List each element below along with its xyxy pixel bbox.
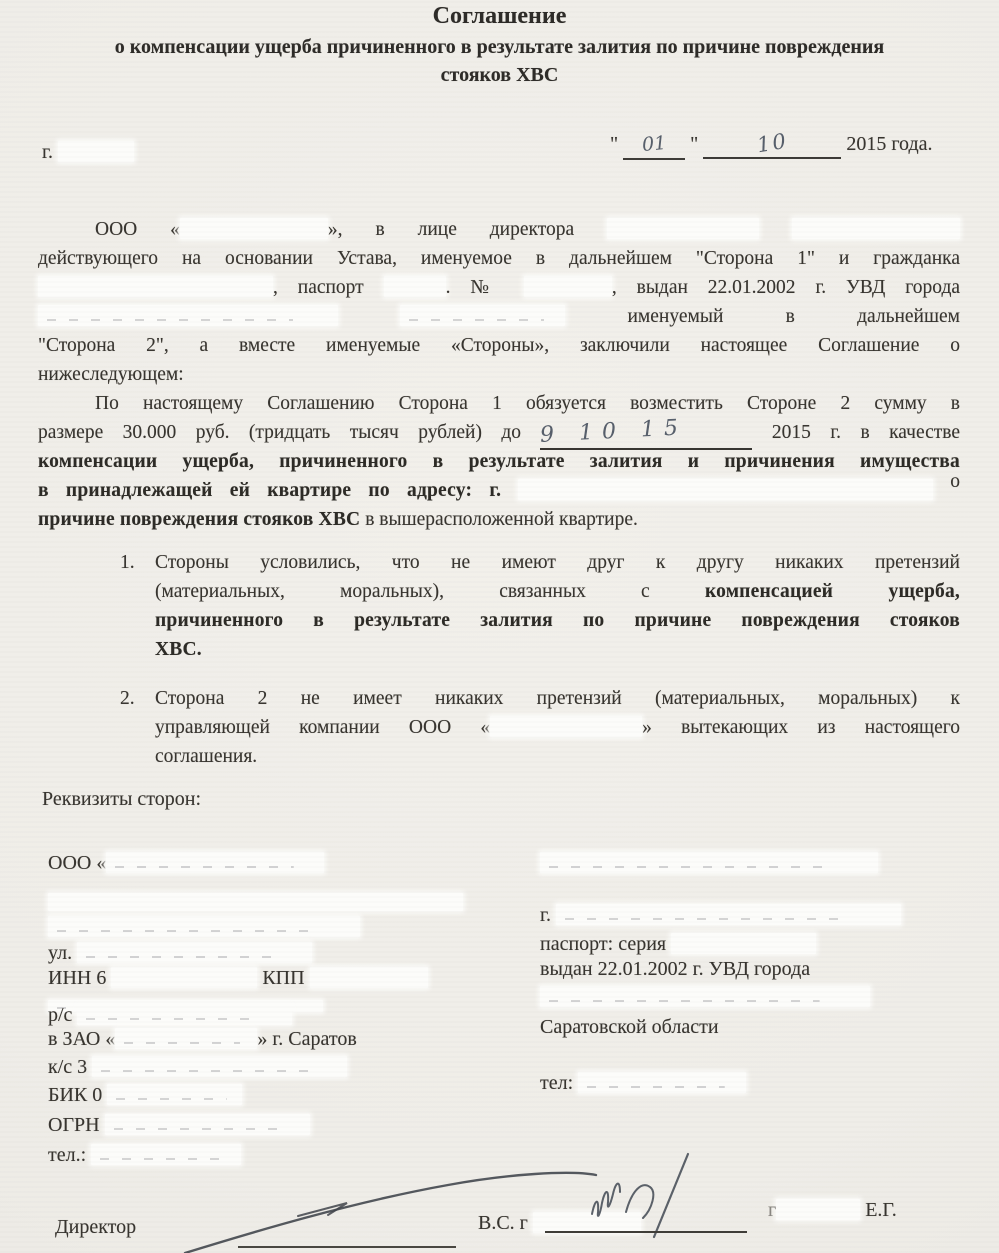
body-text-bold: ХВС.: [155, 639, 202, 660]
body-text: , паспорт: [273, 277, 364, 298]
paragraph-line: нижеследующем:: [38, 360, 960, 389]
paragraph-line: действующего на основании Устава, именуе…: [38, 244, 960, 273]
body-text: в вышерасположенной квартире.: [365, 509, 638, 530]
body-text-bold: компенсацией ущерба,: [705, 581, 960, 602]
body-text: в ЗАО «: [48, 1028, 115, 1050]
city-line: г.: [42, 141, 134, 164]
paragraph-line: компенсации ущерба, причиненного в резул…: [38, 447, 960, 476]
date-year: 2015 года.: [846, 133, 932, 155]
paragraph-line: (материальных, моральных), связанных с к…: [155, 577, 960, 606]
document-subtitle: о компенсации ущерба причиненного в резу…: [28, 33, 971, 89]
signature-underline-right: [545, 1231, 747, 1233]
requisite-line: ул.: [48, 942, 312, 965]
paragraph-line: ООО «», в лице директора: [38, 215, 960, 244]
redaction-box: [58, 141, 134, 162]
redaction-box: [92, 1056, 347, 1077]
redaction-box: [518, 479, 933, 500]
party2-signature-stroke: [562, 1150, 772, 1242]
body-text: управляющей компании ООО «: [155, 717, 490, 738]
signature-underline-left: [238, 1246, 456, 1248]
body-text: соглашения.: [155, 746, 257, 767]
body-text: тел.:: [48, 1144, 86, 1166]
body-text: выдан 22.01.2002 г. УВД города: [540, 958, 810, 980]
requisite-line: Саратовской области: [540, 1016, 719, 1039]
body-text: По настоящему Соглашению Сторона 1 обязу…: [95, 393, 960, 414]
requisites-right-column: г. паспорт: серия выдан 22.01.2002 г. УВ…: [540, 840, 970, 1180]
director-signature-stroke: [148, 1158, 608, 1253]
requisite-line: ООО «: [48, 852, 324, 875]
paragraph-line: причине повреждения стояков ХВС в вышера…: [38, 505, 960, 534]
body-text: г.: [540, 904, 551, 926]
body-text: . №: [446, 277, 504, 298]
body-text: к/с 3: [48, 1056, 87, 1078]
redaction-box: [48, 916, 360, 937]
paragraph-line: , паспорт . № , выдан 22.01.2002 г. УВД …: [38, 273, 960, 302]
scanned-agreement-document: Соглашение о компенсации ущерба причинен…: [0, 0, 999, 1253]
requisite-line: [48, 890, 463, 913]
body-text: "Сторона 2", а вместе именуемые «Стороны…: [38, 335, 960, 356]
requisite-line: [48, 916, 360, 939]
paragraph-line: причиненного в результате залития по при…: [155, 606, 960, 635]
body-text-bold: причиненного в результате залития по при…: [155, 610, 960, 631]
redaction-box: [540, 986, 870, 1007]
body-text: нижеследующем:: [38, 364, 184, 385]
requisites-heading: Реквизиты сторон:: [42, 788, 201, 811]
body-text: БИК 0: [48, 1084, 102, 1106]
body-text: ИНН 6: [48, 967, 106, 989]
paragraph-line: именуемый в дальнейшем: [38, 302, 960, 331]
redaction-box: [524, 276, 612, 297]
requisites-left-column: ООО « ул. ИНН 6 КПП р/с в ЗАО «» г. Сара…: [48, 840, 493, 1180]
body-text-bold: в принадлежащей ей квартире по адресу: г…: [38, 480, 501, 501]
requisite-line: БИК 0: [48, 1084, 242, 1107]
body-text-bold: причине повреждения стояков ХВС: [38, 509, 360, 530]
redaction-box: [792, 218, 960, 239]
body-text: Стороны условились, что не имеют друг к …: [155, 552, 960, 573]
list-item-number: 1.: [120, 548, 135, 577]
body-text-bold: компенсации ущерба, причиненного в резул…: [38, 451, 960, 472]
redaction-box: [540, 852, 878, 873]
requisite-line: выдан 22.01.2002 г. УВД города: [540, 958, 810, 981]
director-label: Директор: [55, 1216, 136, 1239]
requisite-line: [540, 852, 878, 875]
paragraph-line: Стороны условились, что не имеют друг к …: [155, 548, 960, 577]
redaction-box: [607, 218, 759, 239]
body-text: 2015 г. в качестве: [772, 422, 960, 443]
requisite-line: паспорт: серия: [540, 933, 816, 956]
redaction-box: [48, 893, 463, 911]
redaction-box: [310, 967, 428, 988]
requisite-line: [540, 986, 870, 1009]
body-text: Е.Г.: [865, 1199, 897, 1221]
body-text: именуемый в дальнейшем: [628, 306, 961, 327]
body-text: » г. Саратов: [257, 1028, 356, 1050]
body-text: (материальных, моральных), связанных с: [155, 581, 650, 602]
document-body: ООО «», в лице директора действующего на…: [38, 215, 960, 771]
paragraph-line: Сторона 2 не имеет никаких претензий (ма…: [155, 684, 960, 713]
handwritten-due-date: 9 10 15: [540, 417, 688, 447]
body-text: ООО «: [95, 219, 180, 240]
body-text: В.С. г: [478, 1212, 528, 1234]
redaction-box: [578, 1072, 746, 1093]
date-close-quote: ": [690, 133, 698, 155]
paragraph-line: По настоящему Соглашению Сторона 1 обязу…: [38, 389, 960, 418]
date-line: "01"102015 года.: [610, 132, 933, 160]
date-open-quote: ": [610, 133, 618, 155]
body-text: , выдан 22.01.2002 г. УВД города: [612, 277, 960, 298]
redaction-box: [400, 305, 565, 326]
date-day-underline: 01: [623, 133, 685, 160]
body-text: », в лице директора: [328, 219, 574, 240]
requisite-line: в ЗАО «» г. Саратов: [48, 1028, 357, 1051]
party2-initials: г Е.Г.: [768, 1199, 897, 1222]
paragraph-line: размере 30.000 руб. (тридцать тысяч рубл…: [38, 418, 960, 447]
redaction-box: [671, 933, 816, 954]
redaction-box: [77, 942, 312, 963]
redaction-box: [115, 1028, 257, 1049]
handwritten-date-underline: 9 10 15: [540, 421, 752, 450]
body-text: размере 30.000 руб. (тридцать тысяч рубл…: [38, 422, 521, 443]
body-text: » вытекающих из настоящего: [642, 717, 960, 738]
redaction-box: [77, 1004, 292, 1025]
requisite-line: ОГРН: [48, 1114, 310, 1137]
body-text: о: [950, 471, 960, 492]
requisite-line: р/с: [48, 1004, 292, 1027]
redaction-box: [107, 1084, 242, 1105]
redaction-box: [776, 1199, 860, 1220]
date-month-underline: 10: [703, 132, 841, 159]
body-text: г: [768, 1199, 776, 1221]
paragraph-line: "Сторона 2", а вместе именуемые «Стороны…: [38, 331, 960, 360]
subtitle-line-1: о компенсации ущерба причиненного в резу…: [28, 33, 971, 61]
redaction-box: [106, 852, 324, 873]
redaction-box: [38, 305, 338, 326]
subtitle-line-2: стояков ХВС: [28, 61, 971, 89]
body-text: ул.: [48, 942, 72, 964]
city-label: г.: [42, 141, 53, 163]
requisite-line: г.: [540, 904, 901, 927]
paragraph-line: управляющей компании ООО «» вытекающих и…: [155, 713, 960, 742]
redaction-box: [38, 276, 273, 297]
list-item-number: 2.: [120, 684, 135, 713]
body-text: р/с: [48, 1004, 72, 1026]
redaction-box: [556, 904, 901, 925]
body-text: ООО «: [48, 852, 106, 874]
paragraph-line: в принадлежащей ей квартире по адресу: г…: [38, 476, 960, 505]
requisite-line: ИНН 6 КПП: [48, 967, 428, 990]
redaction-box: [384, 276, 446, 297]
list-item-1: 1. Стороны условились, что не имеют друг…: [38, 548, 960, 664]
paragraph-line: соглашения.: [155, 742, 960, 771]
body-text: действующего на основании Устава, именуе…: [38, 248, 960, 269]
handwritten-month: 10: [755, 130, 789, 157]
handwritten-day: 01: [641, 132, 667, 156]
list-item-2: 2. Сторона 2 не имеет никаких претензий …: [38, 684, 960, 771]
body-text: Саратовской области: [540, 1016, 719, 1038]
document-title: Соглашение: [0, 3, 999, 30]
body-text: Сторона 2 не имеет никаких претензий (ма…: [155, 688, 960, 709]
requisite-line: тел:: [540, 1072, 746, 1095]
redaction-box: [111, 967, 257, 988]
requisite-line: к/с 3: [48, 1056, 347, 1079]
body-text: ОГРН: [48, 1114, 100, 1136]
redaction-box: [180, 218, 328, 239]
body-text: паспорт: серия: [540, 933, 666, 955]
redaction-box: [490, 716, 642, 737]
body-text: КПП: [262, 967, 304, 989]
body-text: тел:: [540, 1072, 573, 1094]
redaction-box: [105, 1114, 310, 1135]
paragraph-line: ХВС.: [155, 635, 960, 664]
